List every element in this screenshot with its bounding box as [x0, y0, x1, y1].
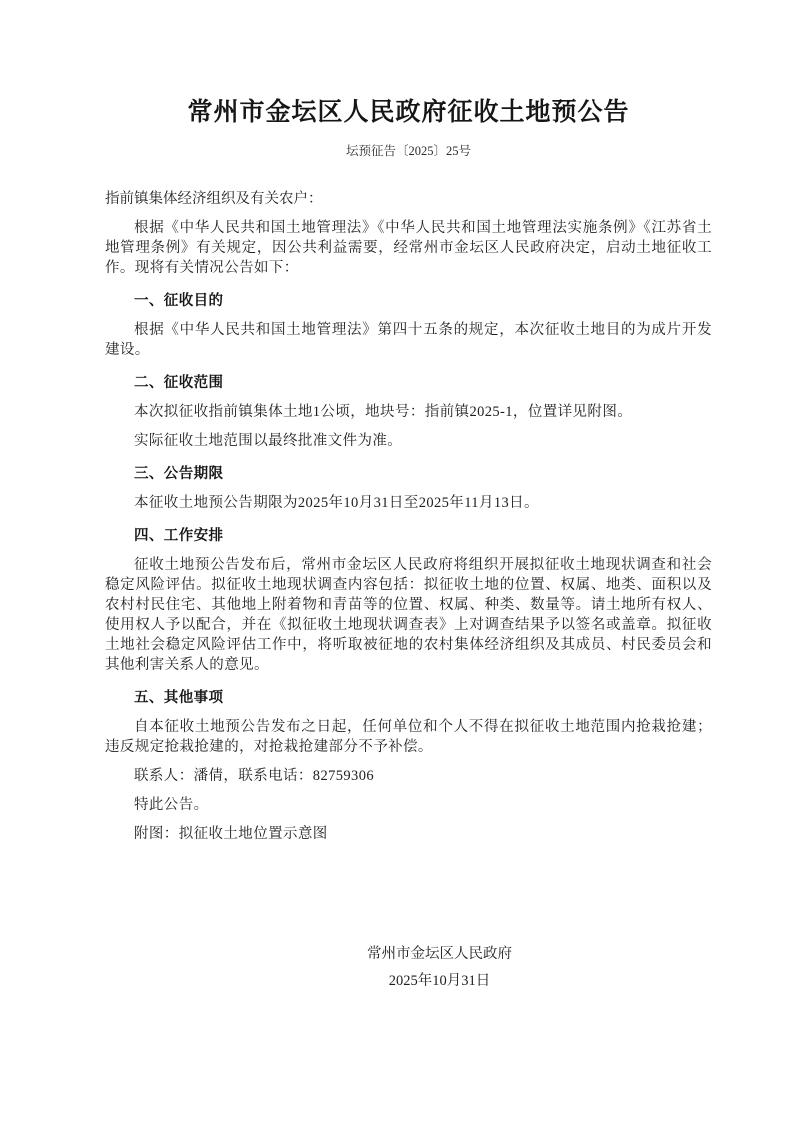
document-page: 常州市金坛区人民政府征收土地预公告 坛预征告〔2025〕25号 指前镇集体经济组…	[0, 0, 800, 1131]
document-title: 常州市金坛区人民政府征收土地预公告	[105, 96, 712, 130]
issuing-authority: 常州市金坛区人民政府	[367, 944, 512, 964]
section-2-paragraph-2: 实际征收土地范围以最终批准文件为准。	[105, 431, 712, 451]
section-4-paragraph-1: 征收土地预公告发布后，常州市金坛区人民政府将组织开展拟征收土地现状调查和社会稳定…	[105, 555, 712, 675]
document-number: 坛预征告〔2025〕25号	[105, 141, 712, 159]
issue-date: 2025年10月31日	[367, 971, 512, 991]
signature-block: 常州市金坛区人民政府 2025年10月31日	[367, 944, 512, 991]
section-5-heading: 五、其他事项	[105, 688, 712, 708]
salutation: 指前镇集体经济组织及有关农户：	[105, 189, 712, 209]
section-1-heading: 一、征收目的	[105, 291, 712, 311]
section-4-heading: 四、工作安排	[105, 526, 712, 546]
section-5-paragraph-1: 自本征收土地预公告发布之日起，任何单位和个人不得在拟征收土地范围内抢栽抢建；违反…	[105, 717, 712, 757]
section-3-paragraph-1: 本征收土地预公告期限为2025年10月31日至2025年11月13日。	[105, 493, 712, 513]
section-1-paragraph-1: 根据《中华人民共和国土地管理法》第四十五条的规定，本次征收土地目的为成片开发建设…	[105, 320, 712, 360]
section-2-heading: 二、征收范围	[105, 373, 712, 393]
section-2-paragraph-1: 本次拟征收指前镇集体土地1公顷，地块号：指前镇2025-1，位置详见附图。	[105, 402, 712, 422]
closing-line: 特此公告。	[105, 795, 712, 815]
contact-line: 联系人：潘倩，联系电话：82759306	[105, 766, 712, 786]
section-3-heading: 三、公告期限	[105, 464, 712, 484]
intro-paragraph: 根据《中华人民共和国土地管理法》《中华人民共和国土地管理法实施条例》《江苏省土地…	[105, 218, 712, 278]
attachment-line: 附图：拟征收土地位置示意图	[105, 824, 712, 844]
